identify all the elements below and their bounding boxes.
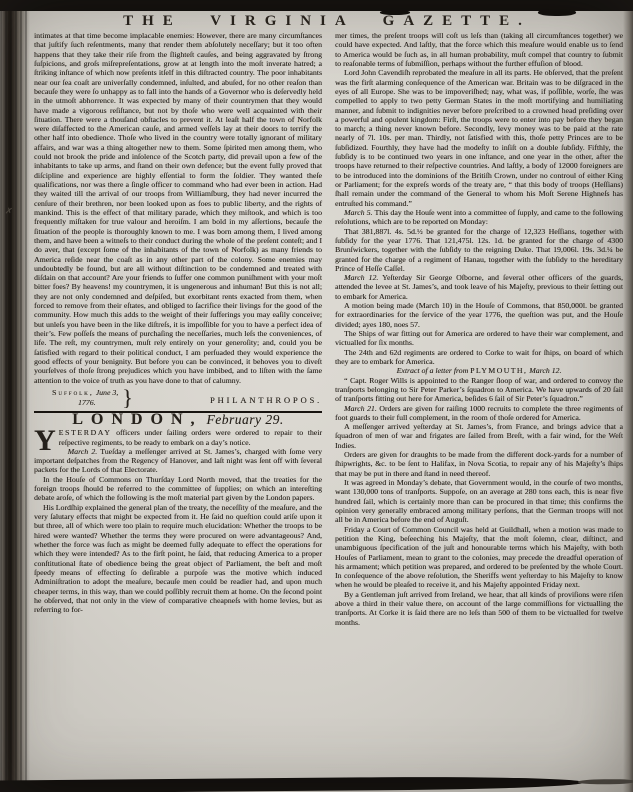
dropcap-letter: Y — [34, 428, 59, 452]
section-heading: LONDON,February 29. — [34, 415, 322, 426]
extract-post: March 12. — [529, 366, 561, 375]
paragraph-text: That 381,887l. 4s. 5d.½ be granted for t… — [335, 227, 623, 273]
article-paragraph: By a Gentleman juſt arrived from Ireland… — [335, 590, 623, 627]
paragraph-text: Lord John Cavendiſh reprobated the meaſu… — [335, 68, 623, 207]
article-columns: intimates at that time become implacable… — [34, 31, 623, 627]
left-column: intimates at that time become implacable… — [34, 31, 322, 627]
opening-paragraph: YESTERDAY officers under ſailing orders … — [34, 428, 322, 447]
page-right-edge — [623, 0, 633, 792]
article-paragraph: His Lordſhip explained the general plan … — [34, 503, 322, 615]
article-paragraph: In the Houſe of Commons on Thurſday Lord… — [34, 475, 322, 503]
date-lead: March 21. — [344, 404, 377, 413]
signature-year: 1776. — [78, 398, 96, 407]
continuation-text: intimates at that time become implacable… — [34, 31, 322, 385]
article-paragraph: March 21. Orders are given for raiſing 1… — [335, 404, 623, 423]
article-paragraph: mer times, the preſent troops will coſt … — [335, 31, 623, 68]
date-lead: March 5. — [344, 208, 372, 217]
paragraph-text: This day the Houſe went into a committee… — [335, 208, 623, 226]
paragraph-text: The Ships of war fitting out for America… — [335, 329, 623, 347]
article-paragraph: Friday a Court of Common Council was hel… — [335, 525, 623, 590]
opening-word: ESTERDAY — [59, 428, 112, 437]
extract-place: PLYMOUTH, — [470, 366, 527, 375]
paragraph-text: His Lordſhip explained the general plan … — [34, 503, 322, 614]
section-date: February 29. — [206, 412, 283, 427]
paragraph-text: The 24th and 62d regiments are ordered t… — [335, 348, 623, 366]
signature-date: June 3, — [96, 388, 119, 397]
article-paragraph: March 5. This day the Houſe went into a … — [335, 208, 623, 227]
signature-name: PHILANTHROPOS. — [137, 391, 322, 405]
right-column: mer times, the preſent troops will coſt … — [335, 31, 623, 627]
article-paragraph: March 2. Tueſday a meſſenger arrived at … — [34, 447, 322, 475]
paragraph-text: By a Gentleman juſt arrived from Ireland… — [335, 590, 623, 627]
masthead-title: THE VIRGINIA GAZETTE. — [34, 13, 620, 30]
article-paragraph: The Ships of war fitting out for America… — [335, 329, 623, 348]
paragraph-text: A meſſenger arrived yeſterday at St. Jam… — [335, 422, 623, 450]
paragraph-text: In the Houſe of Commons on Thurſday Lord… — [34, 475, 322, 503]
bottom-ink-bar — [0, 775, 584, 792]
paragraph-text: “ Capt. Roger Wills is appointed to the … — [335, 376, 623, 404]
signature-place: Suffolk, — [52, 388, 94, 397]
article-paragraph: A motion being made (March 10) in the Ho… — [335, 301, 623, 329]
paragraph-text: Orders are given for raiſing 1000 recrui… — [335, 404, 623, 422]
signature-block: Suffolk, June 3, 1776. } PHILANTHROPOS. — [52, 388, 322, 408]
paragraph-text: mer times, the preſent troops will coſt … — [335, 31, 623, 68]
article-paragraph: A meſſenger arrived yeſterday at St. Jam… — [335, 422, 623, 450]
paragraph-text: A motion being made (March 10) in the Ho… — [335, 301, 623, 329]
article-paragraph: March 12. Yeſterday Sir George Oſborne, … — [335, 273, 623, 301]
binding-edge — [0, 0, 30, 792]
newspaper-page: THE VIRGINIA GAZETTE. intimates at that … — [0, 0, 633, 792]
article-paragraph: The 24th and 62d regiments are ordered t… — [335, 348, 623, 367]
extract-pre: Extract of a letter from — [397, 366, 469, 375]
signature-place-date: Suffolk, June 3, 1776. — [52, 388, 118, 408]
top-ink-bar — [0, 0, 633, 11]
article-paragraph: That 381,887l. 4s. 5d.½ be granted for t… — [335, 227, 623, 274]
paragraph-text: Yeſterday Sir George Oſborne, and ſevera… — [335, 273, 623, 301]
article-paragraph: It was agreed in Monday’s debate, that G… — [335, 478, 623, 525]
paragraph-text: Orders are given for draughts to be made… — [335, 450, 623, 478]
article-paragraph: Lord John Cavendiſh reprobated the meaſu… — [335, 68, 623, 208]
date-lead: March 2. — [68, 447, 98, 456]
date-lead: March 12. — [344, 273, 378, 282]
paragraph-text: Friday a Court of Common Council was hel… — [335, 525, 623, 590]
article-paragraph: Orders are given for draughts to be made… — [335, 450, 623, 478]
paragraph-text: It was agreed in Monday’s debate, that G… — [335, 478, 623, 524]
extract-heading: Extract of a letter from PLYMOUTH, March… — [335, 366, 623, 375]
article-paragraph: “ Capt. Roger Wills is appointed to the … — [335, 376, 623, 404]
brace-glyph: } — [122, 388, 133, 408]
section-title: LONDON, — [72, 411, 202, 428]
